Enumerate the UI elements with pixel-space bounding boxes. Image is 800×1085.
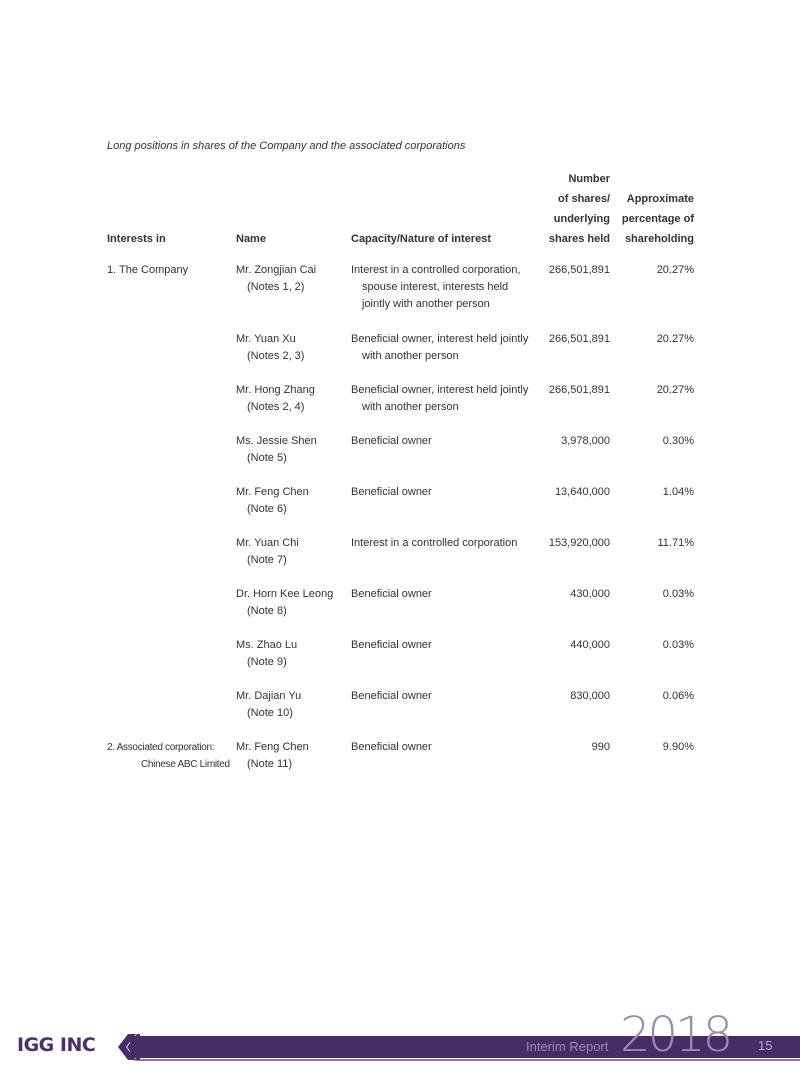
row-shares: 266,501,891 xyxy=(549,262,610,279)
row-percentage: 20.27% xyxy=(657,331,694,348)
row-note: (Notes 2, 3) xyxy=(236,348,304,365)
row-capacity: Beneficial owner xyxy=(351,688,432,705)
table-caption: Long positions in shares of the Company … xyxy=(107,140,465,152)
row-note: (Note 9) xyxy=(236,654,287,671)
row-shares: 830,000 xyxy=(570,688,610,705)
row-percentage: 0.30% xyxy=(663,433,694,450)
row-capacity: Beneficial owner xyxy=(351,484,432,501)
row-percentage: 0.03% xyxy=(663,637,694,654)
header-interests-in: Interests in xyxy=(107,229,166,249)
row-interests-in: 1. The Company xyxy=(107,262,188,279)
row-note: (Note 6) xyxy=(236,501,287,518)
row-percentage: 20.27% xyxy=(657,382,694,399)
row-capacity: with another person xyxy=(351,399,459,416)
row-percentage: 0.03% xyxy=(663,586,694,603)
row-note: (Note 10) xyxy=(236,705,293,722)
row-capacity: with another person xyxy=(351,348,459,365)
row-shares: 990 xyxy=(592,739,610,756)
header-name: Name xyxy=(236,229,266,249)
row-name: Mr. Yuan Xu xyxy=(236,331,296,348)
row-percentage: 0.06% xyxy=(663,688,694,705)
header-shares-line: of shares/ xyxy=(549,189,610,209)
row-note: (Note 8) xyxy=(236,603,287,620)
row-shares: 153,920,000 xyxy=(549,535,610,552)
row-note: (Notes 2, 4) xyxy=(236,399,304,416)
report-year: 2018 xyxy=(620,1010,730,1060)
row-name: Ms. Zhao Lu xyxy=(236,637,297,654)
header-percentage: Approximate percentage of shareholding xyxy=(622,189,694,249)
row-name: Mr. Hong Zhang xyxy=(236,382,315,399)
row-capacity: Interest in a controlled corporation, xyxy=(351,262,520,279)
row-percentage: 9.90% xyxy=(663,739,694,756)
row-capacity: Beneficial owner xyxy=(351,586,432,603)
row-shares: 440,000 xyxy=(570,637,610,654)
row-name: Mr. Yuan Chi xyxy=(236,535,299,552)
row-shares: 266,501,891 xyxy=(549,382,610,399)
row-name: Mr. Zongjian Cai xyxy=(236,262,316,279)
header-shares-line: shares held xyxy=(549,229,610,249)
chevron-left-icon xyxy=(118,1034,140,1060)
row-capacity: Beneficial owner xyxy=(351,433,432,450)
row-name: Mr. Dajian Yu xyxy=(236,688,301,705)
header-shares-line: underlying xyxy=(549,209,610,229)
row-capacity: jointly with another person xyxy=(351,296,490,313)
page-footer: IGG INC Interim Report 2018 15 xyxy=(0,1010,800,1070)
row-name: Dr. Horn Kee Leong xyxy=(236,586,333,603)
row-note: (Note 7) xyxy=(236,552,287,569)
header-shares: Number of shares/ underlying shares held xyxy=(549,169,610,249)
row-interests-in: Chinese ABC Limited xyxy=(107,756,230,773)
row-capacity: Beneficial owner xyxy=(351,637,432,654)
company-logo: IGG INC xyxy=(17,1034,95,1056)
row-note: (Note 11) xyxy=(236,756,292,773)
row-capacity: Beneficial owner, interest held jointly xyxy=(351,331,528,348)
header-shares-line: Number xyxy=(549,169,610,189)
row-note: (Note 5) xyxy=(236,450,287,467)
row-percentage: 11.71% xyxy=(658,535,695,552)
row-name: Mr. Feng Chen xyxy=(236,484,309,501)
row-capacity: Beneficial owner, interest held jointly xyxy=(351,382,528,399)
row-capacity: Beneficial owner xyxy=(351,739,432,756)
row-capacity: Interest in a controlled corporation xyxy=(351,535,517,552)
row-shares: 13,640,000 xyxy=(555,484,610,501)
header-capacity: Capacity/Nature of interest xyxy=(351,229,491,249)
page-number: 15 xyxy=(758,1038,772,1053)
row-percentage: 20.27% xyxy=(657,262,694,279)
header-percentage-line: shareholding xyxy=(622,229,694,249)
row-percentage: 1.04% xyxy=(663,484,694,501)
report-label: Interim Report xyxy=(526,1039,608,1054)
header-percentage-line: Approximate xyxy=(622,189,694,209)
row-interests-in: 2. Associated corporation: xyxy=(107,739,214,756)
row-name: Mr. Feng Chen xyxy=(236,739,309,756)
row-capacity: spouse interest, interests held xyxy=(351,279,508,296)
row-shares: 3,978,000 xyxy=(561,433,610,450)
row-note: (Notes 1, 2) xyxy=(236,279,304,296)
header-percentage-line: percentage of xyxy=(622,209,694,229)
row-shares: 266,501,891 xyxy=(549,331,610,348)
row-shares: 430,000 xyxy=(570,586,610,603)
row-name: Ms. Jessie Shen xyxy=(236,433,317,450)
